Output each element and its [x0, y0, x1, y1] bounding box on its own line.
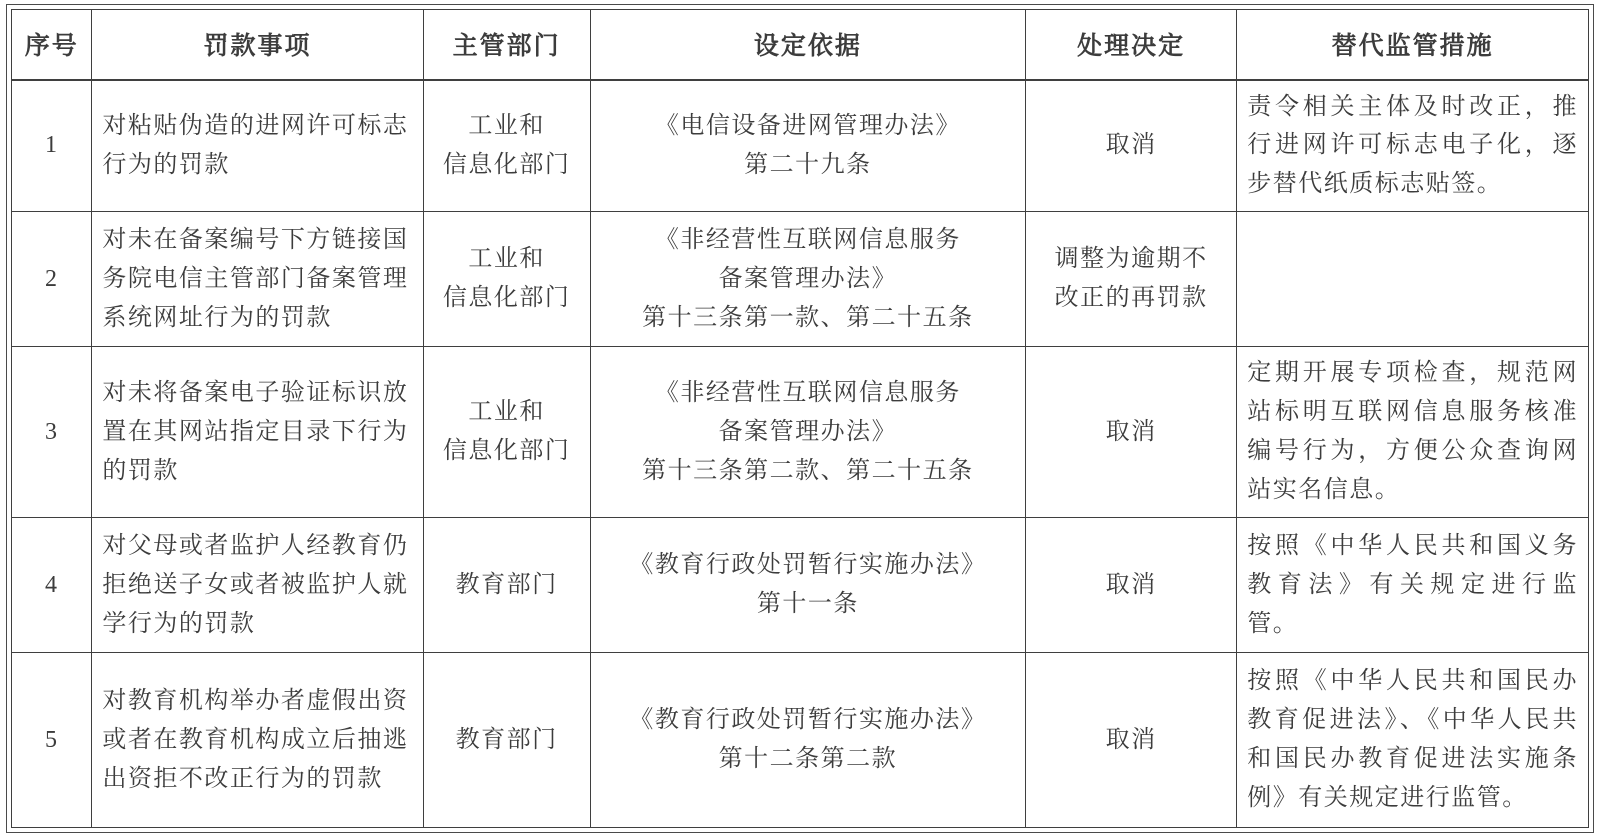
- row5-decision: 取消: [1025, 653, 1236, 828]
- row1-measure: 责令相关主体及时改正，推行进网许可标志电子化，逐步替代纸质标志贴签。: [1237, 80, 1589, 212]
- row3-no: 3: [12, 347, 92, 518]
- row4-measure: 按照《中华人民共和国义务教育法》有关规定进行监管。: [1237, 518, 1589, 653]
- row3-basis: 《非经营性互联网信息服务 备案管理办法》 第十三条第二款、第二十五条: [590, 347, 1025, 518]
- row3-measure: 定期开展专项检查，规范网站标明互联网信息服务核准编号行为，方便公众查询网站实名信…: [1237, 347, 1589, 518]
- row1-item: 对粘贴伪造的进网许可标志行为的罚款: [92, 80, 423, 212]
- row5-measure: 按照《中华人民共和国民办教育促进法》、《中华人民共和国民办教育促进法实施条例》有…: [1237, 653, 1589, 828]
- row2-item: 对未在备案编号下方链接国务院电信主管部门备案管理系统网址行为的罚款: [92, 212, 423, 347]
- table-body: 1 对粘贴伪造的进网许可标志行为的罚款 工业和 信息化部门 《电信设备进网管理办…: [12, 80, 1589, 828]
- column-header-measure: 替代监管措施: [1237, 10, 1589, 80]
- row4-dept: 教育部门: [423, 518, 590, 653]
- table-row: 5 对教育机构举办者虚假出资或者在教育机构成立后抽逃出资拒不改正行为的罚款 教育…: [12, 653, 1589, 828]
- row1-basis: 《电信设备进网管理办法》 第二十九条: [590, 80, 1025, 212]
- row4-decision: 取消: [1025, 518, 1236, 653]
- row4-no: 4: [12, 518, 92, 653]
- row5-no: 5: [12, 653, 92, 828]
- row2-decision: 调整为逾期不 改正的再罚款: [1025, 212, 1236, 347]
- row3-item: 对未将备案电子验证标识放置在其网站指定目录下行为的罚款: [92, 347, 423, 518]
- row2-no: 2: [12, 212, 92, 347]
- row1-dept: 工业和 信息化部门: [423, 80, 590, 212]
- row2-measure: [1237, 212, 1589, 347]
- column-header-basis: 设定依据: [590, 10, 1025, 80]
- column-header-no: 序号: [12, 10, 92, 80]
- column-header-item: 罚款事项: [92, 10, 423, 80]
- document-page: 序号 罚款事项 主管部门 设定依据 处理决定 替代监管措施 1 对粘贴伪造的进网…: [0, 0, 1600, 837]
- table-row: 3 对未将备案电子验证标识放置在其网站指定目录下行为的罚款 工业和 信息化部门 …: [12, 347, 1589, 518]
- table-outer-frame: 序号 罚款事项 主管部门 设定依据 处理决定 替代监管措施 1 对粘贴伪造的进网…: [6, 4, 1594, 833]
- table-row: 2 对未在备案编号下方链接国务院电信主管部门备案管理系统网址行为的罚款 工业和 …: [12, 212, 1589, 347]
- row1-no: 1: [12, 80, 92, 212]
- column-header-dept: 主管部门: [423, 10, 590, 80]
- row2-basis: 《非经营性互联网信息服务 备案管理办法》 第十三条第一款、第二十五条: [590, 212, 1025, 347]
- table-row: 4 对父母或者监护人经教育仍拒绝送子女或者被监护人就学行为的罚款 教育部门 《教…: [12, 518, 1589, 653]
- row4-item: 对父母或者监护人经教育仍拒绝送子女或者被监护人就学行为的罚款: [92, 518, 423, 653]
- row2-dept: 工业和 信息化部门: [423, 212, 590, 347]
- row3-dept: 工业和 信息化部门: [423, 347, 590, 518]
- column-header-decision: 处理决定: [1025, 10, 1236, 80]
- row3-decision: 取消: [1025, 347, 1236, 518]
- row5-dept: 教育部门: [423, 653, 590, 828]
- row5-item: 对教育机构举办者虚假出资或者在教育机构成立后抽逃出资拒不改正行为的罚款: [92, 653, 423, 828]
- penalty-regulation-table: 序号 罚款事项 主管部门 设定依据 处理决定 替代监管措施 1 对粘贴伪造的进网…: [11, 9, 1589, 828]
- row1-decision: 取消: [1025, 80, 1236, 212]
- row4-basis: 《教育行政处罚暂行实施办法》 第十一条: [590, 518, 1025, 653]
- row5-basis: 《教育行政处罚暂行实施办法》 第十二条第二款: [590, 653, 1025, 828]
- table-row: 1 对粘贴伪造的进网许可标志行为的罚款 工业和 信息化部门 《电信设备进网管理办…: [12, 80, 1589, 212]
- table-header-row: 序号 罚款事项 主管部门 设定依据 处理决定 替代监管措施: [12, 10, 1589, 80]
